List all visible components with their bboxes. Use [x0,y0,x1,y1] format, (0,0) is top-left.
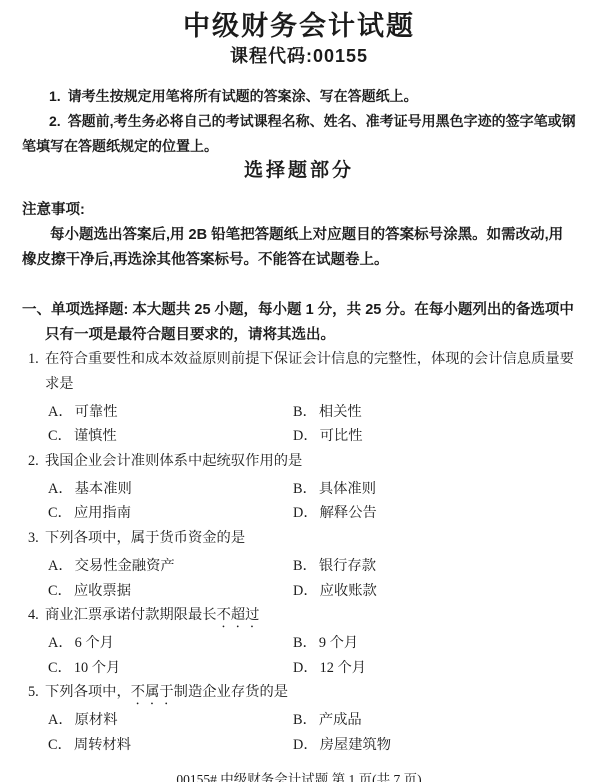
section-title: 选择题部分 [22,159,576,183]
instruction-2-number: 2. [49,113,61,129]
option-label: D． [293,660,318,676]
exam-instructions: 1.请考生按规定用笔将所有试题的答案涂、写在答题纸上。 2.答题前,考生务必将自… [22,84,576,159]
instruction-2: 2.答题前,考生务必将自己的考试课程名称、姓名、准考证号用黑色字迹的签字笔或钢笔… [22,109,576,159]
page-footer: 00155# 中级财务会计试题 第 1 页(共 7 页) [22,771,576,782]
option-text: 可比性 [320,428,363,444]
instruction-2-text: 答题前,考生务必将自己的考试课程名称、姓名、准考证号用黑色字迹的签字笔或钢笔填写… [22,113,576,154]
question-5-text-after: 制造企业存货的是 [174,684,288,700]
notice-label: 注意事项: [22,198,576,223]
question-1-option-b: B．相关性 [293,400,576,425]
option-text: 12 个月 [320,660,366,676]
question-2-text: 我国企业会计准则体系中起统驭作用的是 [45,453,302,469]
option-text: 产成品 [319,712,362,728]
question-5-options-row-2: C．周转材料 D．房屋建筑物 [22,733,576,758]
question-5-option-a: A．原材料 [48,708,293,733]
option-text: 具体准则 [319,481,376,497]
option-label: D． [293,505,318,521]
course-code: 课程代码:00155 [22,45,576,67]
question-4-stem: 4.商业汇票承诺付款期限最长不超过 [22,603,576,631]
question-3-options-row-1: A．交易性金融资产 B．银行存款 [22,554,576,579]
question-2: 2.我国企业会计准则体系中起统驭作用的是 A．基本准则 B．具体准则 C．应用指… [22,449,576,526]
option-text: 基本准则 [75,481,132,497]
question-1-text: 在符合重要性和成本效益原则前提下保证会计信息的完整性，体现的会计信息质量要求是 [45,351,574,392]
option-label: A． [48,481,73,497]
question-3-option-a: A．交易性金融资产 [48,554,293,579]
question-4-options-row-1: A．6 个月 B．9 个月 [22,631,576,656]
question-3-option-b: B．银行存款 [293,554,576,579]
notice-block: 注意事项: 每小题选出答案后,用 2B 铅笔把答题纸上对应题目的答案标号涂黑。如… [22,198,576,273]
question-5: 5.下列各项中，不属于制造企业存货的是 A．原材料 B．产成品 C．周转材料 D… [22,680,576,757]
question-1-options-row-2: C．谨慎性 D．可比性 [22,424,576,449]
question-3-option-d: D．应收账款 [293,579,576,604]
question-2-stem: 2.我国企业会计准则体系中起统驭作用的是 [22,449,576,477]
question-2-option-b: B．具体准则 [293,477,576,502]
part-one-title: 单项选择题: 本大题共 25 小题，每小题 1 分，共 25 分。在每小题列出的… [45,302,574,343]
question-4: 4.商业汇票承诺付款期限最长不超过 A．6 个月 B．9 个月 C．10 个月 … [22,603,576,680]
option-text: 可靠性 [75,404,118,420]
notice-text: 每小题选出答案后,用 2B 铅笔把答题纸上对应题目的答案标号涂黑。如需改动,用橡… [22,223,576,273]
question-5-text: 下列各项中， [45,684,131,700]
question-4-option-a: A．6 个月 [48,631,293,656]
question-4-text: 商业汇票承诺付款期限最长 [45,607,217,623]
question-1-options-row-1: A．可靠性 B．相关性 [22,400,576,425]
instruction-1-text: 请考生按规定用笔将所有试题的答案涂、写在答题纸上。 [68,88,418,104]
question-4-option-d: D．12 个月 [293,656,576,681]
question-3-options-row-2: C．应收票据 D．应收账款 [22,579,576,604]
question-4-option-c: C．10 个月 [48,656,293,681]
option-label: B． [293,404,317,420]
question-2-option-c: C．应用指南 [48,501,293,526]
question-5-option-c: C．周转材料 [48,733,293,758]
question-5-number: 5. [28,680,39,705]
option-label: B． [293,712,317,728]
question-2-number: 2. [28,449,39,474]
option-text: 应收票据 [74,583,131,599]
question-2-options-row-2: C．应用指南 D．解释公告 [22,501,576,526]
option-label: A． [48,712,73,728]
question-4-options-row-2: C．10 个月 D．12 个月 [22,656,576,681]
question-1-number: 1. [28,347,39,372]
option-label: B． [293,481,317,497]
option-label: C． [48,737,72,753]
option-label: D． [293,583,318,599]
question-1-option-d: D．可比性 [293,424,576,449]
option-label: A． [48,558,73,574]
option-label: A． [48,404,73,420]
option-label: C． [48,428,72,444]
option-text: 谨慎性 [74,428,117,444]
option-text: 应收账款 [320,583,377,599]
question-4-option-b: B．9 个月 [293,631,576,656]
question-2-options-row-1: A．基本准则 B．具体准则 [22,477,576,502]
question-5-option-d: D．房屋建筑物 [293,733,576,758]
question-list: 1.在符合重要性和成本效益原则前提下保证会计信息的完整性，体现的会计信息质量要求… [22,347,576,758]
question-5-option-b: B．产成品 [293,708,576,733]
question-1-stem: 1.在符合重要性和成本效益原则前提下保证会计信息的完整性，体现的会计信息质量要求… [22,347,576,400]
instruction-1-number: 1. [49,88,61,104]
option-text: 银行存款 [319,558,376,574]
option-text: 相关性 [319,404,362,420]
option-text: 原材料 [75,712,118,728]
question-4-number: 4. [28,603,39,628]
option-label: C． [48,505,72,521]
instruction-1: 1.请考生按规定用笔将所有试题的答案涂、写在答题纸上。 [22,84,576,109]
part-one-heading: 一、单项选择题: 本大题共 25 小题，每小题 1 分，共 25 分。在每小题列… [22,298,576,347]
question-5-options-row-1: A．原材料 B．产成品 [22,708,576,733]
question-3-number: 3. [28,526,39,551]
question-3-text: 下列各项中，属于货币资金的是 [45,530,245,546]
page-title: 中级财务会计试题 [22,10,576,42]
question-5-emphasized-text: 不属于 [131,684,174,700]
option-text: 应用指南 [74,505,131,521]
question-1: 1.在符合重要性和成本效益原则前提下保证会计信息的完整性，体现的会计信息质量要求… [22,347,576,449]
option-label: C． [48,660,72,676]
option-text: 9 个月 [319,635,358,651]
question-3: 3.下列各项中，属于货币资金的是 A．交易性金融资产 B．银行存款 C．应收票据… [22,526,576,603]
option-text: 10 个月 [74,660,120,676]
exam-paper-page: 中级财务会计试题 课程代码:00155 1.请考生按规定用笔将所有试题的答案涂、… [0,0,596,782]
option-label: A． [48,635,73,651]
option-label: D． [293,737,318,753]
option-label: B． [293,635,317,651]
question-3-stem: 3.下列各项中，属于货币资金的是 [22,526,576,554]
option-text: 解释公告 [320,505,377,521]
question-3-option-c: C．应收票据 [48,579,293,604]
question-1-option-c: C．谨慎性 [48,424,293,449]
question-4-emphasized-text: 不超过 [217,607,260,623]
question-2-option-a: A．基本准则 [48,477,293,502]
option-text: 房屋建筑物 [320,737,391,753]
option-label: D． [293,428,318,444]
option-text: 周转材料 [74,737,131,753]
question-2-option-d: D．解释公告 [293,501,576,526]
part-one-label: 一、 [22,302,51,318]
option-label: B． [293,558,317,574]
question-1-option-a: A．可靠性 [48,400,293,425]
option-text: 交易性金融资产 [75,558,175,574]
question-5-stem: 5.下列各项中，不属于制造企业存货的是 [22,680,576,708]
option-label: C． [48,583,72,599]
option-text: 6 个月 [75,635,114,651]
